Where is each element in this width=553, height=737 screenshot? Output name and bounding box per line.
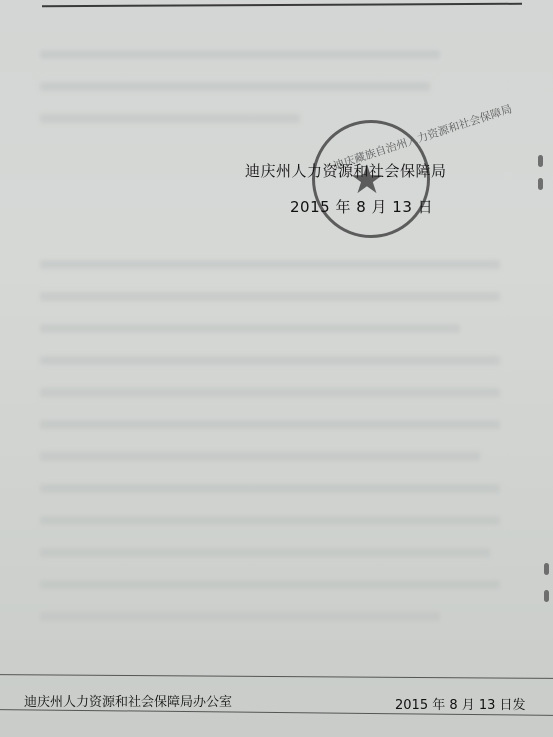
binding-hole bbox=[544, 563, 549, 575]
signature-organization: 迪庆州人力资源和社会保障局 bbox=[245, 160, 447, 181]
faded-text-line bbox=[40, 452, 480, 461]
binding-hole bbox=[544, 590, 549, 602]
footer-rule-top bbox=[0, 674, 553, 679]
faded-text-line bbox=[40, 548, 490, 557]
faded-text-line bbox=[40, 324, 460, 333]
faded-text-line bbox=[40, 516, 500, 525]
faded-text-line bbox=[40, 82, 430, 91]
faded-text-line bbox=[40, 114, 300, 123]
faded-text-line bbox=[40, 420, 500, 429]
faded-text-line bbox=[40, 612, 440, 621]
signature-date: 2015 年 8 月 13 日 bbox=[290, 196, 433, 217]
document-page: 迪庆藏族自治州人力资源和社会保障局 ★ 迪庆州人力资源和社会保障局 2015 年… bbox=[0, 0, 553, 737]
faded-text-line bbox=[40, 388, 500, 397]
header-rule bbox=[42, 3, 522, 8]
faded-text-line bbox=[40, 580, 500, 589]
faded-text-line bbox=[40, 484, 500, 493]
footer-issue-date: 2015 年 8 月 13 日发 bbox=[395, 694, 526, 713]
binding-hole bbox=[538, 155, 543, 167]
footer-issuer: 迪庆州人力资源和社会保障局办公室 bbox=[24, 691, 232, 710]
binding-hole bbox=[538, 178, 543, 190]
faded-text-line bbox=[40, 292, 500, 301]
faded-text-line bbox=[40, 260, 500, 269]
faded-text-line bbox=[40, 50, 440, 59]
faded-text-line bbox=[40, 356, 500, 365]
